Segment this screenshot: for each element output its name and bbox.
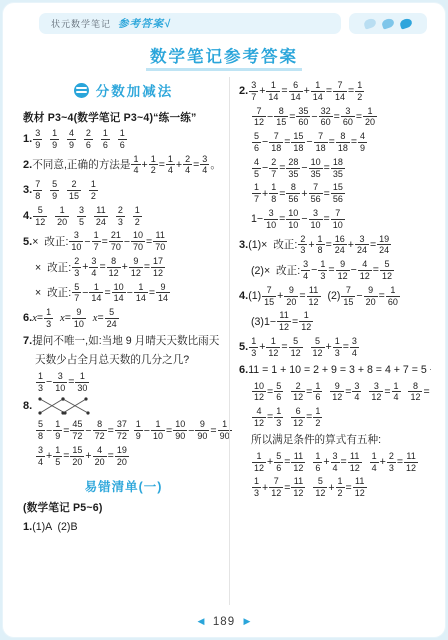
- section-icon: [74, 83, 89, 98]
- fraction: 12: [336, 476, 345, 499]
- fraction-denominator: 56: [331, 193, 345, 205]
- fraction-denominator: 12: [404, 462, 418, 474]
- fraction: 1090: [173, 419, 187, 442]
- subsection-title: 易错清单(一): [85, 477, 163, 495]
- fraction: 1835: [331, 157, 345, 180]
- fraction-denominator: 20: [55, 216, 69, 228]
- fraction: 524: [105, 307, 119, 330]
- fraction: 3260: [319, 106, 333, 129]
- fraction: 56: [274, 381, 283, 404]
- text-run: =: [63, 450, 69, 462]
- fraction: 16: [118, 128, 127, 151]
- fraction-numerator: 5: [107, 307, 116, 318]
- fraction-numerator: 11: [292, 476, 305, 487]
- fraction-numerator: 11: [348, 451, 361, 462]
- text-line: 天数少占全月总天数的几分之几?: [23, 352, 224, 368]
- math-line: 17+18=856+756=1556: [239, 182, 431, 205]
- text-run: =: [108, 425, 114, 437]
- fraction-denominator: 15: [67, 190, 81, 202]
- text-run: =: [328, 264, 334, 276]
- fraction-denominator: 6: [274, 462, 283, 474]
- fraction-denominator: 12: [252, 462, 266, 474]
- fraction: 13: [274, 406, 283, 429]
- math-line: 5.× 改正:310−17=2170−1070=1170: [23, 230, 224, 253]
- fraction-numerator: 1: [355, 80, 364, 91]
- fraction-denominator: 56: [309, 193, 323, 205]
- text-run: 天数少占全月总天数的几分之几?: [35, 352, 189, 367]
- fraction-denominator: 4: [166, 164, 175, 176]
- fraction-numerator: 15: [291, 131, 305, 142]
- text-run: −: [262, 162, 268, 174]
- fraction-denominator: 12: [289, 347, 303, 359]
- fraction-denominator: 15: [274, 116, 288, 128]
- fraction: 19: [134, 419, 143, 442]
- fraction-denominator: 12: [313, 487, 327, 499]
- text-run: =: [104, 287, 110, 299]
- fraction-denominator: 4: [200, 164, 209, 176]
- text-run: =: [373, 264, 379, 276]
- fraction-numerator: 4: [360, 259, 369, 270]
- fraction-denominator: 18: [269, 142, 283, 154]
- text-run: =: [334, 111, 340, 123]
- fraction: 215: [67, 179, 81, 202]
- text-run: [402, 386, 408, 398]
- fraction-numerator: 1: [58, 205, 67, 216]
- fraction-denominator: 14: [266, 91, 280, 103]
- match-dot: [87, 412, 90, 415]
- fraction-numerator: 1: [302, 310, 311, 321]
- question-number: 6.: [239, 364, 248, 376]
- fraction-numerator: 2: [72, 256, 81, 267]
- text-run: −: [82, 287, 88, 299]
- fraction: 27: [269, 157, 278, 180]
- text-run: =: [292, 316, 298, 328]
- fraction-denominator: 10: [69, 241, 83, 253]
- text-line: 1.(1)A (2)B: [23, 519, 224, 535]
- fraction-numerator: 3: [267, 208, 276, 219]
- fraction: 512: [313, 476, 327, 499]
- fraction-numerator: 7: [316, 131, 325, 142]
- fraction-denominator: 14: [89, 292, 103, 304]
- text-run: 。: [210, 157, 221, 172]
- text-run: +: [259, 341, 265, 353]
- leaf-icon: [399, 17, 413, 29]
- fraction-numerator: 37: [115, 419, 129, 430]
- fraction-numerator: 1: [249, 336, 258, 347]
- text-run: =: [97, 312, 103, 324]
- fraction: 512: [311, 336, 325, 359]
- fraction-numerator: 28: [286, 157, 300, 168]
- fraction-numerator: 1: [255, 451, 264, 462]
- fraction-numerator: 1: [53, 419, 62, 430]
- fraction: 412: [358, 259, 372, 282]
- text-run: −: [188, 425, 194, 437]
- fraction: 34: [301, 259, 310, 282]
- fraction-denominator: 6: [101, 139, 110, 151]
- fraction-denominator: 24: [333, 244, 347, 256]
- fraction-numerator: 6: [294, 406, 303, 417]
- fraction: 1012: [252, 381, 266, 404]
- fraction-numerator: 7: [344, 285, 353, 296]
- fraction-numerator: 21: [109, 230, 123, 241]
- fraction: 114: [89, 282, 103, 305]
- fraction: 112: [299, 310, 313, 333]
- fraction-numerator: 4: [358, 131, 367, 142]
- fraction-numerator: 8: [338, 131, 347, 142]
- text-run: =: [99, 261, 105, 273]
- math-line: 6.11 = 1 + 10 = 2 + 9 = 3 + 8 = 4 + 7 = …: [239, 362, 431, 378]
- text-line: 所以满足条件的算式有五种:: [239, 432, 431, 448]
- fraction-denominator: 24: [377, 244, 391, 256]
- fraction: 34: [200, 154, 209, 177]
- text-run: (1)A (2)B: [32, 521, 77, 533]
- fraction-denominator: 3: [44, 318, 53, 330]
- fraction-denominator: 3: [387, 462, 396, 474]
- fraction-numerator: 11: [404, 451, 417, 462]
- text-run: −: [84, 236, 90, 248]
- text-run: =: [281, 341, 287, 353]
- fraction-numerator: 1: [220, 419, 229, 430]
- fraction: 1712: [151, 256, 165, 279]
- question-number: 6.: [23, 312, 32, 324]
- fraction-denominator: 7: [72, 292, 81, 304]
- fraction: 114: [134, 282, 148, 305]
- fraction-denominator: 70: [109, 241, 123, 253]
- text-run: =: [210, 425, 216, 437]
- fraction-numerator: 5: [316, 476, 325, 487]
- icon-heading-line: 分数加减法: [23, 80, 224, 100]
- fraction-denominator: 7: [92, 241, 101, 253]
- fraction: 1920: [115, 445, 129, 468]
- text-run: [60, 133, 66, 145]
- fraction: 715: [262, 285, 276, 308]
- fraction-denominator: 3: [116, 216, 125, 228]
- text-run: −: [306, 136, 312, 148]
- fraction-numerator: 4: [255, 406, 264, 417]
- text-run: (3)1−: [251, 316, 276, 328]
- fraction: 23: [298, 234, 307, 257]
- fraction: 18: [269, 182, 278, 205]
- fraction-denominator: 12: [353, 487, 367, 499]
- fraction-numerator: 7: [272, 131, 281, 142]
- text-run: 11 = 1 + 10 = 2 + 9 = 3 + 8 = 4 + 7 = 5 …: [248, 364, 431, 376]
- fraction-denominator: 2: [313, 417, 322, 429]
- fraction: 1170: [153, 230, 167, 253]
- fraction: 78: [33, 179, 42, 202]
- fraction-denominator: 12: [252, 417, 266, 429]
- text-run: =: [284, 482, 290, 494]
- fraction: 114: [266, 80, 280, 103]
- fraction: 614: [289, 80, 303, 103]
- math-line: 2.37+114=614+114=714=12: [239, 80, 431, 103]
- fraction-denominator: 4: [89, 267, 98, 279]
- fraction-denominator: 15: [262, 296, 276, 308]
- fraction: 120: [55, 205, 69, 228]
- question-number: 5.: [239, 341, 248, 353]
- fraction: 2170: [109, 230, 123, 253]
- fraction: 56: [274, 451, 283, 474]
- header-badge: 状元数学笔记 参考答案√: [39, 13, 341, 34]
- fraction-denominator: 70: [153, 241, 167, 253]
- text-run: −: [127, 287, 133, 299]
- fraction-denominator: 2: [149, 164, 158, 176]
- fraction-numerator: 4: [67, 128, 76, 139]
- text-run: +: [301, 188, 307, 200]
- fraction-denominator: 12: [151, 267, 165, 279]
- fraction-denominator: 4: [350, 347, 359, 359]
- page-header: 状元数学笔记 参考答案√: [39, 13, 427, 34]
- fraction-denominator: 6: [84, 139, 93, 151]
- text-run: =: [346, 482, 352, 494]
- fraction: 1014: [112, 282, 126, 305]
- math-line: 13+712=1112 512+12=1112: [239, 476, 431, 499]
- fraction-numerator: 9: [131, 256, 140, 267]
- fraction: 34: [352, 381, 361, 404]
- question-number: 5.: [23, 236, 32, 248]
- fraction: 13: [36, 371, 45, 394]
- matching-lines-diagram: [36, 396, 94, 416]
- fraction-numerator: 9: [366, 285, 375, 296]
- fraction-denominator: 12: [369, 391, 383, 403]
- text-run: (2)× 改正:: [251, 263, 300, 278]
- text-run: −: [311, 264, 317, 276]
- text-run: (1): [248, 290, 261, 302]
- text-run: =: [343, 341, 349, 353]
- fraction-numerator: 1: [313, 451, 322, 462]
- math-line: 112+56=1112 16+34=1112 14+23=1112: [239, 451, 431, 474]
- fraction-numerator: 16: [333, 234, 347, 245]
- text-run: +: [277, 290, 283, 302]
- math-line: (3)1−1112=112: [239, 310, 431, 333]
- fraction-numerator: 1: [274, 406, 283, 417]
- fraction-numerator: 1: [78, 371, 87, 382]
- fraction-numerator: 2: [116, 205, 125, 216]
- math-line: 6.x=13 x=910 x=524: [23, 307, 224, 330]
- text-run: =: [326, 239, 332, 251]
- fraction-denominator: 5: [77, 216, 86, 228]
- text-run: =: [306, 411, 312, 423]
- fraction: 710: [331, 208, 345, 231]
- bold-text: 教材 P3~4(数学笔记 P3~4)“练一练”: [23, 110, 197, 125]
- fraction-numerator: 8: [289, 182, 298, 193]
- fraction-denominator: 20: [70, 456, 84, 468]
- fraction: 912: [336, 259, 350, 282]
- fraction-numerator: 3: [56, 371, 65, 382]
- fraction: 1112: [353, 476, 367, 499]
- fraction-denominator: 14: [112, 292, 126, 304]
- fraction: 56: [252, 131, 261, 154]
- fraction-denominator: 3: [252, 487, 261, 499]
- fraction-denominator: 7: [249, 91, 258, 103]
- fraction: 420: [93, 445, 107, 468]
- fraction: 856: [286, 182, 300, 205]
- text-run: −: [262, 136, 268, 148]
- fraction: 715: [341, 285, 355, 308]
- text-run: [362, 386, 368, 398]
- text-run: +: [262, 482, 268, 494]
- fraction: 914: [156, 282, 170, 305]
- fraction: 23: [116, 205, 125, 228]
- match-dot: [39, 412, 42, 415]
- text-run: [284, 411, 290, 423]
- math-line: × 改正:23+34=812+912=1712: [23, 256, 224, 279]
- fraction-numerator: 1: [36, 371, 45, 382]
- fraction: 310: [69, 230, 83, 253]
- fraction-denominator: 14: [333, 91, 347, 103]
- fraction: 920: [284, 285, 298, 308]
- question-number: 1.: [23, 521, 32, 533]
- match-dot: [62, 398, 65, 401]
- fraction-numerator: 1: [313, 406, 322, 417]
- math-line: (2)× 改正:34−13=912−412=512: [239, 259, 431, 282]
- text-run: +: [122, 261, 128, 273]
- fraction-denominator: 60: [319, 116, 333, 128]
- text-run: (2): [322, 290, 341, 302]
- fraction-numerator: 5: [382, 259, 391, 270]
- book-page: { "theme": { "accent": "#2aa5da", "accen…: [0, 0, 448, 640]
- fraction-denominator: 24: [355, 244, 369, 256]
- fraction-numerator: 1: [392, 381, 401, 392]
- fraction-numerator: 8: [277, 106, 286, 117]
- fraction: 57: [72, 282, 81, 305]
- fraction: 815: [274, 106, 288, 129]
- fraction: 34: [331, 451, 340, 474]
- fraction-denominator: 3: [298, 244, 307, 256]
- fraction-numerator: 1: [53, 445, 62, 456]
- left-column: 分数加减法教材 P3~4(数学笔记 P3~4)“练一练”1.39 19 49 2…: [23, 77, 229, 605]
- text-run: × 改正:: [35, 260, 71, 275]
- text-run: [94, 133, 100, 145]
- fraction-denominator: 4: [352, 391, 361, 403]
- text-run: (1)× 改正:: [248, 237, 297, 252]
- fraction: 14: [392, 381, 401, 404]
- fraction: 12: [355, 80, 364, 103]
- text-run: =: [341, 456, 347, 468]
- fraction-numerator: 1: [318, 259, 327, 270]
- fraction: 1070: [131, 230, 145, 253]
- fraction-numerator: 1: [336, 476, 345, 487]
- fraction-denominator: 12: [269, 487, 283, 499]
- fraction-denominator: 10: [72, 318, 86, 330]
- fraction: 360: [341, 106, 355, 129]
- question-number: 2.: [239, 85, 248, 97]
- fraction-denominator: 7: [252, 193, 261, 205]
- fraction-numerator: 3: [350, 336, 359, 347]
- bold-line: 教材 P3~4(数学笔记 P3~4)“练一练”: [23, 109, 224, 125]
- fraction: 712: [269, 476, 283, 499]
- fraction: 512: [33, 205, 47, 228]
- text-run: 提问不唯一,如:当地 9 月晴天天数比雨天: [32, 333, 219, 348]
- text-run: =: [299, 290, 305, 302]
- fraction: 23: [387, 451, 396, 474]
- fraction: 120: [363, 106, 377, 129]
- fraction-denominator: 10: [331, 219, 345, 231]
- text-run: =: [146, 236, 152, 248]
- fraction-denominator: 8: [33, 190, 42, 202]
- fraction-denominator: 70: [131, 241, 145, 253]
- fraction-denominator: 30: [75, 382, 89, 394]
- math-line: 2.不同意,正确的方法是14+12=14+24=34。: [23, 154, 224, 177]
- fraction-denominator: 2: [89, 190, 98, 202]
- fraction-numerator: 3: [36, 445, 45, 456]
- fraction-denominator: 56: [286, 193, 300, 205]
- text-run: =: [324, 162, 330, 174]
- fraction-denominator: 12: [129, 267, 143, 279]
- fraction: 12: [133, 205, 142, 228]
- text-run: =: [284, 456, 290, 468]
- fraction-numerator: 2: [269, 157, 278, 168]
- fraction-denominator: 12: [291, 487, 305, 499]
- text-run: =: [397, 456, 403, 468]
- text-run: +: [348, 239, 354, 251]
- fraction-numerator: 3: [200, 154, 209, 165]
- content-columns: 分数加减法教材 P3~4(数学笔记 P3~4)“练一练”1.39 19 49 2…: [23, 77, 431, 605]
- fraction-numerator: 3: [77, 205, 86, 216]
- fraction: 14: [370, 451, 379, 474]
- fraction-numerator: 7: [33, 179, 42, 190]
- math-line: 4.512 120 35 1124 23 12: [23, 205, 224, 228]
- fraction-numerator: 1: [149, 154, 158, 165]
- text-run: =: [384, 386, 390, 398]
- text-run: =: [289, 111, 295, 123]
- question-number: 3.: [239, 239, 248, 251]
- fraction: 920: [364, 285, 378, 308]
- fraction-numerator: 5: [36, 205, 45, 216]
- math-line: 712−815=3560−3260=360=120: [239, 106, 431, 129]
- fraction: 26: [84, 128, 93, 151]
- fraction-numerator: 1: [101, 128, 110, 139]
- text-run: [70, 210, 76, 222]
- text-run: =: [329, 136, 335, 148]
- fraction: 310: [309, 208, 323, 231]
- fraction-numerator: 3: [311, 208, 320, 219]
- text-run: =: [324, 188, 330, 200]
- fraction: 912: [330, 381, 344, 404]
- fraction-numerator: 1: [370, 451, 379, 462]
- fraction-denominator: 3: [318, 270, 327, 282]
- fraction: 1112: [348, 451, 362, 474]
- next-page-arrow-icon: ▶: [244, 616, 251, 626]
- fraction-denominator: 4: [36, 456, 45, 468]
- fraction-denominator: 12: [408, 391, 422, 403]
- text-run: =: [149, 287, 155, 299]
- fraction-denominator: 3: [333, 347, 342, 359]
- text-run: =: [356, 111, 362, 123]
- fraction: 212: [291, 381, 305, 404]
- right-column: 2.37+114=614+114=714=12712−815=3560−3260…: [229, 77, 431, 605]
- text-run: 不同意,正确的方法是: [32, 157, 130, 172]
- page-footer: ◀ 189 ▶: [3, 612, 445, 630]
- fraction-numerator: 4: [252, 157, 261, 168]
- fraction-numerator: 2: [294, 381, 303, 392]
- fraction: 39: [33, 128, 42, 151]
- fraction-numerator: 2: [387, 451, 396, 462]
- fraction: 2835: [286, 157, 300, 180]
- fraction: 310: [264, 208, 278, 231]
- fraction-denominator: 4: [331, 462, 340, 474]
- fraction: 718: [269, 131, 283, 154]
- fraction: 718: [314, 131, 328, 154]
- fraction: 1520: [70, 445, 84, 468]
- fraction-denominator: 9: [53, 430, 62, 442]
- fraction: 872: [93, 419, 107, 442]
- brand-label: 状元数学笔记: [51, 17, 111, 30]
- fraction: 912: [129, 256, 143, 279]
- text-run: =: [281, 85, 287, 97]
- fraction-denominator: 2: [133, 216, 142, 228]
- fraction: 818: [336, 131, 350, 154]
- fraction-numerator: 1: [92, 230, 101, 241]
